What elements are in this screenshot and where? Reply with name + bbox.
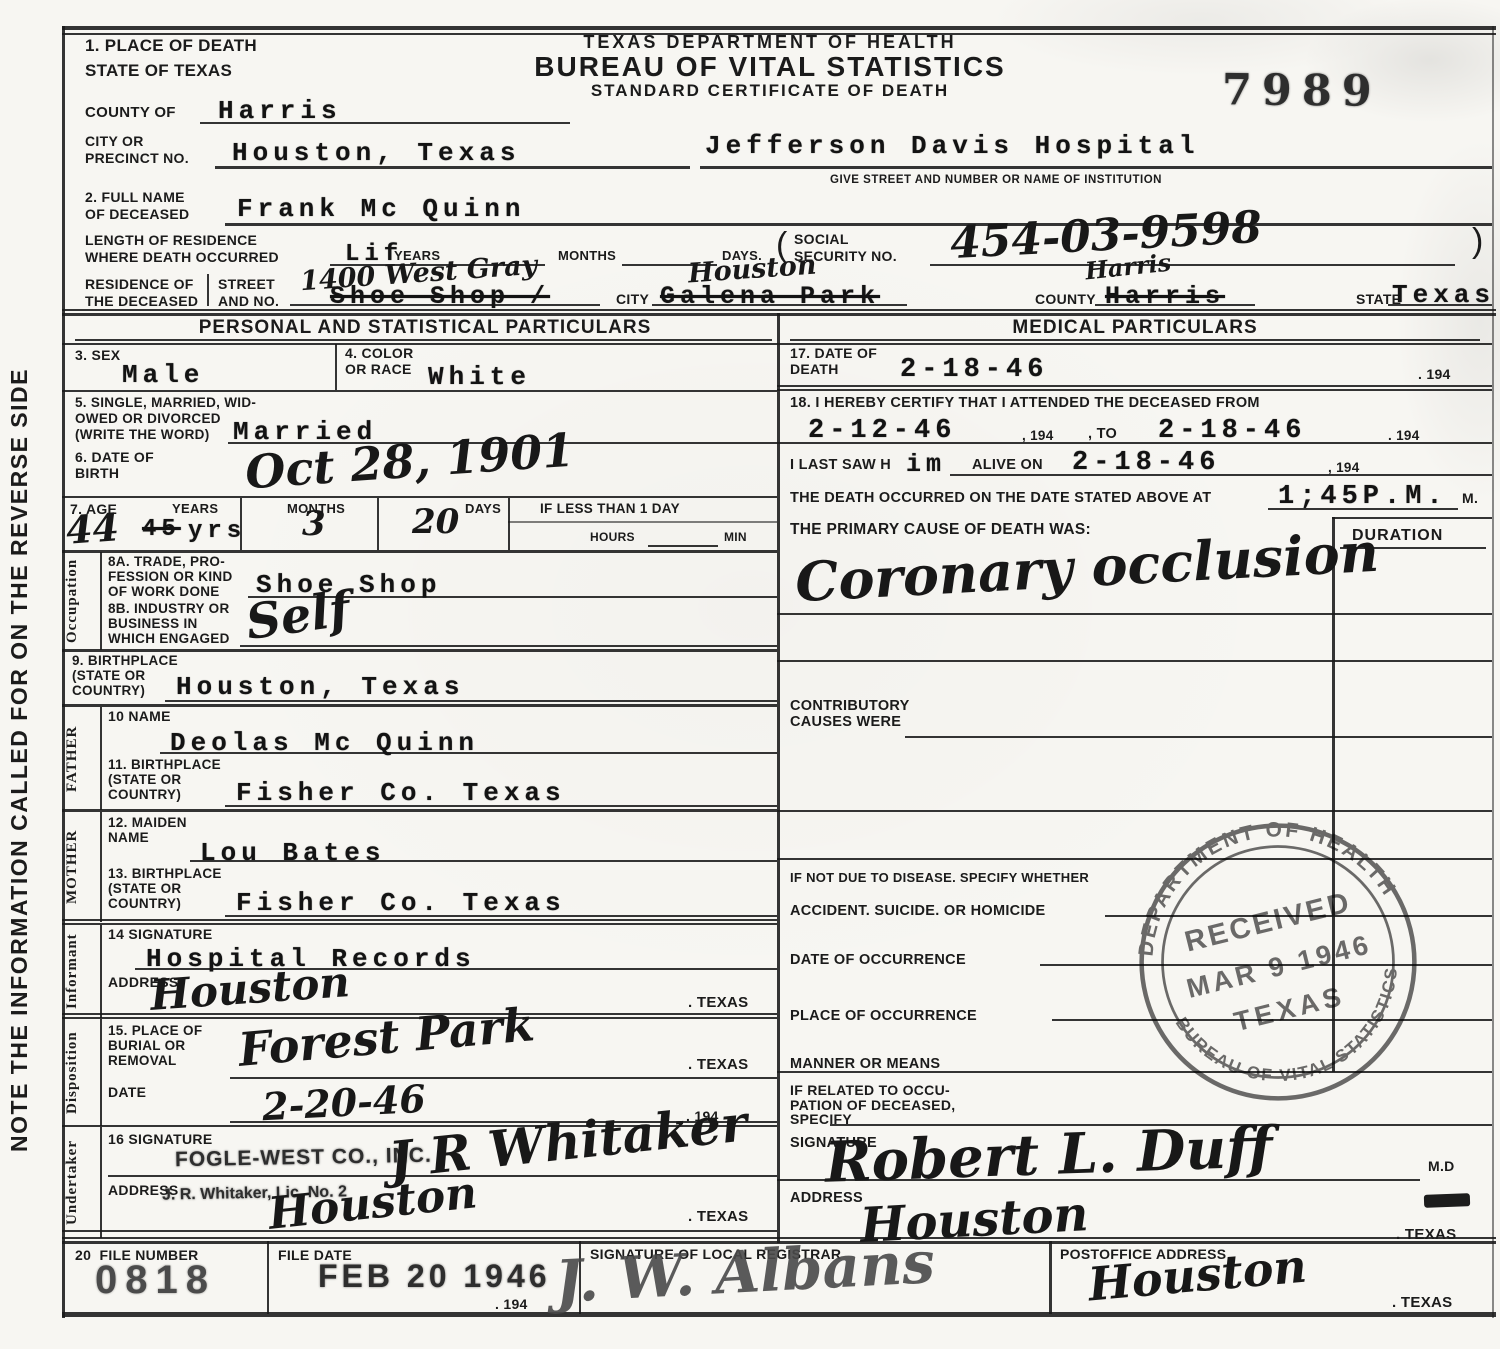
birth-date-label-1: 6. DATE OF xyxy=(75,449,154,465)
rule xyxy=(240,645,777,647)
mother-bp-label-1: 13. BIRTHPLACE xyxy=(108,866,222,881)
rule xyxy=(777,660,1492,662)
mother-bp-label-3: COUNTRY) xyxy=(108,896,181,911)
maiden-value: Lou Bates xyxy=(200,838,385,868)
institution-note: GIVE STREET AND NUMBER OR NAME OF INSTIT… xyxy=(830,174,1162,186)
birthplace-label-3: COUNTRY) xyxy=(72,683,145,698)
street-label-2: AND NO. xyxy=(218,293,279,309)
birthplace-label-1: 9. BIRTHPLACE xyxy=(72,653,178,668)
informant-sig-label: 14 SIGNATURE xyxy=(108,926,212,942)
res-state-value: Texas xyxy=(1392,280,1495,310)
last-saw-typed: im xyxy=(906,450,946,479)
rule xyxy=(62,923,777,925)
if-less-label: IF LESS THAN 1 DAY xyxy=(540,501,680,516)
burial-label-3: REMOVAL xyxy=(108,1053,177,1068)
res-county-struck: Harris xyxy=(1105,282,1225,311)
group-divider xyxy=(100,552,102,650)
birth-date-label-2: BIRTH xyxy=(75,465,119,481)
file-number-value: 0818 xyxy=(95,1258,216,1303)
date-occurrence-label: DATE OF OCCURRENCE xyxy=(790,952,966,968)
maiden-label-2: NAME xyxy=(108,830,149,845)
father-name-label: 10 NAME xyxy=(108,708,171,724)
place-occurrence-label: PLACE OF OCCURRENCE xyxy=(790,1008,977,1024)
race-label-1: 4. COLOR xyxy=(345,345,414,361)
rule xyxy=(62,390,777,392)
maiden-label-1: 12. MAIDEN xyxy=(108,815,187,830)
age-struck: 45 xyxy=(142,516,181,543)
divider xyxy=(377,498,379,550)
state-of-texas-label: STATE OF TEXAS xyxy=(85,61,232,81)
mother-group-label: MOTHER xyxy=(64,814,98,920)
group-divider xyxy=(100,925,102,1018)
rule xyxy=(62,649,777,652)
rule xyxy=(62,704,777,707)
ssn-label-1: SOCIAL xyxy=(794,231,849,247)
trade-label-1: 8A. TRADE, PRO- xyxy=(108,554,225,569)
informant-state-label: . TEXAS xyxy=(688,994,748,1011)
street-label-1: STREET xyxy=(218,276,275,292)
res-county-label: COUNTY xyxy=(1035,291,1096,307)
rule xyxy=(950,474,1492,476)
death-certificate-scan: NOTE THE INFORMATION CALLED FOR ON THE R… xyxy=(0,0,1500,1349)
border-top xyxy=(62,26,1496,30)
marital-label-2: OWED OR DIVORCED xyxy=(75,411,221,426)
manner-means-label: MANNER OR MEANS xyxy=(790,1056,940,1072)
if-not-due-label: IF NOT DUE TO DISEASE. SPECIFY WHETHER xyxy=(790,870,1089,885)
rule xyxy=(62,550,777,553)
death-time-value: 1;45P.M. xyxy=(1278,482,1448,512)
hours-label: HOURS xyxy=(590,530,635,544)
undertaker-state-label: . TEXAS xyxy=(688,1208,748,1225)
residence-length-label-1: LENGTH OF RESIDENCE xyxy=(85,232,257,248)
sex-label: 3. SEX xyxy=(75,347,120,363)
rule xyxy=(700,166,1492,169)
occupation-group-label: Occupation xyxy=(64,554,98,648)
full-name-label-2: OF DECEASED xyxy=(85,206,189,222)
received-stamp: DEPARTMENT OF HEALTH BUREAU OF VITAL STA… xyxy=(1096,780,1460,1144)
accident-label: ACCIDENT. SUICIDE. OR HOMICIDE xyxy=(790,903,1046,919)
place-of-death-label: 1. PLACE OF DEATH xyxy=(85,36,257,56)
m-label: M. xyxy=(1462,490,1478,506)
certify-label: 18. I HEREBY CERTIFY THAT I ATTENDED THE… xyxy=(790,395,1260,411)
attended-to-value: 2-18-46 xyxy=(1158,416,1306,446)
age-months-value: 3 xyxy=(302,504,326,544)
informant-group-label: Informant xyxy=(64,927,98,1016)
border-bottom xyxy=(62,1312,1496,1317)
certificate-title: STANDARD CERTIFICATE OF DEATH xyxy=(480,81,1060,101)
divider xyxy=(508,498,510,550)
city-label-1: CITY OR xyxy=(85,133,144,149)
undertaker-group-label: Undertaker xyxy=(64,1129,98,1236)
mother-bp-label-2: (STATE OR xyxy=(108,881,181,896)
industry-label-3: WHICH ENGAGED xyxy=(108,631,230,646)
rule xyxy=(777,385,1492,387)
rule xyxy=(75,339,772,341)
father-bp-label-2: (STATE OR xyxy=(108,772,181,787)
full-name-label-1: 2. FULL NAME xyxy=(85,189,185,205)
rule xyxy=(62,919,777,921)
marital-label-3: (WRITE THE WORD) xyxy=(75,427,210,442)
age-days-value: 20 xyxy=(412,502,459,542)
dept-title: TEXAS DEPARTMENT OF HEALTH xyxy=(480,32,1060,53)
residence-label-1: RESIDENCE OF xyxy=(85,276,194,292)
related-label-3: SPECIFY xyxy=(790,1111,852,1127)
father-bp-value: Fisher Co. Texas xyxy=(236,778,566,808)
undertaker-sig-label: 16 SIGNATURE xyxy=(108,1131,212,1147)
father-group-label: FATHER xyxy=(64,709,98,808)
physician-state-label: . TEXAS xyxy=(1396,1226,1456,1243)
personal-section-header: PERSONAL AND STATISTICAL PARTICULARS xyxy=(85,317,765,339)
residence-label-2: THE DECEASED xyxy=(85,293,198,309)
last-saw-label-1: I LAST SAW H xyxy=(790,457,891,473)
burial-label-2: BURIAL OR xyxy=(108,1038,185,1053)
divider xyxy=(207,274,209,306)
father-name-value: Deolas Mc Quinn xyxy=(170,728,479,758)
burial-date-value: 2-20-46 xyxy=(261,1076,427,1130)
redacted-stamp-mark xyxy=(1424,1193,1470,1208)
age-years-label: YEARS xyxy=(172,501,218,516)
county-label: COUNTY OF xyxy=(85,104,176,121)
residence-length-label-2: WHERE DEATH OCCURRED xyxy=(85,249,279,265)
file-date-year-stub: . 194 xyxy=(495,1296,528,1312)
death-date-label-1: 17. DATE OF xyxy=(790,345,877,361)
reverse-side-note: NOTE THE INFORMATION CALLED FOR ON THE R… xyxy=(6,268,52,1253)
marital-label-1: 5. SINGLE, MARRIED, WID- xyxy=(75,395,256,410)
contributory-label-2: CAUSES WERE xyxy=(790,714,901,730)
contributory-label-1: CONTRIBUTORY xyxy=(790,698,910,714)
industry-label-2: BUSINESS IN xyxy=(108,616,198,631)
related-label-1: IF RELATED TO OCCU- xyxy=(790,1082,950,1098)
rule xyxy=(62,1230,777,1232)
md-label: M.D xyxy=(1428,1158,1455,1174)
father-bp-label-1: 11. BIRTHPLACE xyxy=(108,757,221,772)
burial-date-label: DATE xyxy=(108,1084,146,1100)
res-city-label: CITY xyxy=(616,291,649,307)
race-value: White xyxy=(428,362,531,392)
rule xyxy=(230,1077,777,1079)
age-days-label: DAYS xyxy=(465,501,501,516)
full-name-value: Frank Mc Quinn xyxy=(237,194,525,224)
county-value: Harris xyxy=(218,96,342,126)
city-label-2: PRECINCT NO. xyxy=(85,150,189,166)
certify-stub-2: . 194 xyxy=(1388,428,1420,443)
death-occurred-label: THE DEATH OCCURRED ON THE DATE STATED AB… xyxy=(790,490,1211,506)
certify-stub-3: , 194 xyxy=(1328,460,1360,475)
certify-stub-1: , 194 xyxy=(1022,428,1054,443)
rule xyxy=(790,339,1480,341)
medical-section-header: MEDICAL PARTICULARS xyxy=(790,317,1480,339)
burial-label-1: 15. PLACE OF xyxy=(108,1023,202,1038)
group-divider xyxy=(100,1127,102,1238)
rule xyxy=(62,809,777,812)
footer-divider xyxy=(267,1241,269,1314)
birthplace-value: Houston, Texas xyxy=(176,672,464,702)
undertaker-address-value: Houston xyxy=(266,1167,480,1240)
trade-label-3: OF WORK DONE xyxy=(108,584,220,599)
rule xyxy=(62,343,777,345)
rule xyxy=(905,736,1492,738)
age-yrs: yrs xyxy=(188,518,246,545)
institution-value: Jefferson Davis Hospital xyxy=(705,131,1199,161)
rule xyxy=(777,613,1492,615)
rule xyxy=(648,545,718,547)
last-saw-date: 2-18-46 xyxy=(1072,448,1220,478)
min-label: MIN xyxy=(724,530,747,544)
postoffice-state-label: . TEXAS xyxy=(1392,1294,1452,1311)
birthplace-label-2: (STATE OR xyxy=(72,668,145,683)
attended-from-value: 2-12-46 xyxy=(808,416,956,446)
certify-to-label: , TO xyxy=(1088,426,1117,442)
disposition-group-label: Disposition xyxy=(64,1021,98,1124)
file-date-value: FEB 20 1946 xyxy=(318,1258,551,1295)
divider xyxy=(335,344,337,390)
certificate-number: 7989 xyxy=(1222,65,1382,116)
death-date-value: 2-18-46 xyxy=(900,355,1048,385)
father-bp-label-3: COUNTRY) xyxy=(108,787,181,802)
border-right xyxy=(1492,26,1494,1318)
group-divider xyxy=(100,707,102,810)
mother-bp-value: Fisher Co. Texas xyxy=(236,888,566,918)
paren-close: ) xyxy=(1472,222,1484,261)
bureau-title: BUREAU OF VITAL STATISTICS xyxy=(450,51,1090,83)
rule xyxy=(777,343,1492,345)
trade-label-2: FESSION OR KIND xyxy=(108,569,233,584)
group-divider xyxy=(100,812,102,922)
industry-label-1: 8B. INDUSTRY OR xyxy=(108,601,230,616)
rule xyxy=(777,389,1492,391)
footer-divider xyxy=(1049,1241,1052,1314)
burial-state-label: . TEXAS xyxy=(688,1056,748,1073)
age-value: 44 xyxy=(64,504,120,553)
sex-value: Male xyxy=(122,360,204,390)
duration-box-top xyxy=(1332,517,1492,519)
last-saw-label-2: ALIVE ON xyxy=(972,457,1043,473)
race-label-2: OR RACE xyxy=(345,361,412,377)
death-year-stub: . 194 xyxy=(1418,366,1451,382)
death-date-label-2: DEATH xyxy=(790,361,839,377)
group-divider xyxy=(100,1019,102,1126)
months-label: MONTHS xyxy=(558,248,616,263)
rule xyxy=(62,496,777,498)
city-value: Houston, Texas xyxy=(232,138,520,168)
rule xyxy=(508,521,777,523)
column-divider xyxy=(777,313,780,1243)
